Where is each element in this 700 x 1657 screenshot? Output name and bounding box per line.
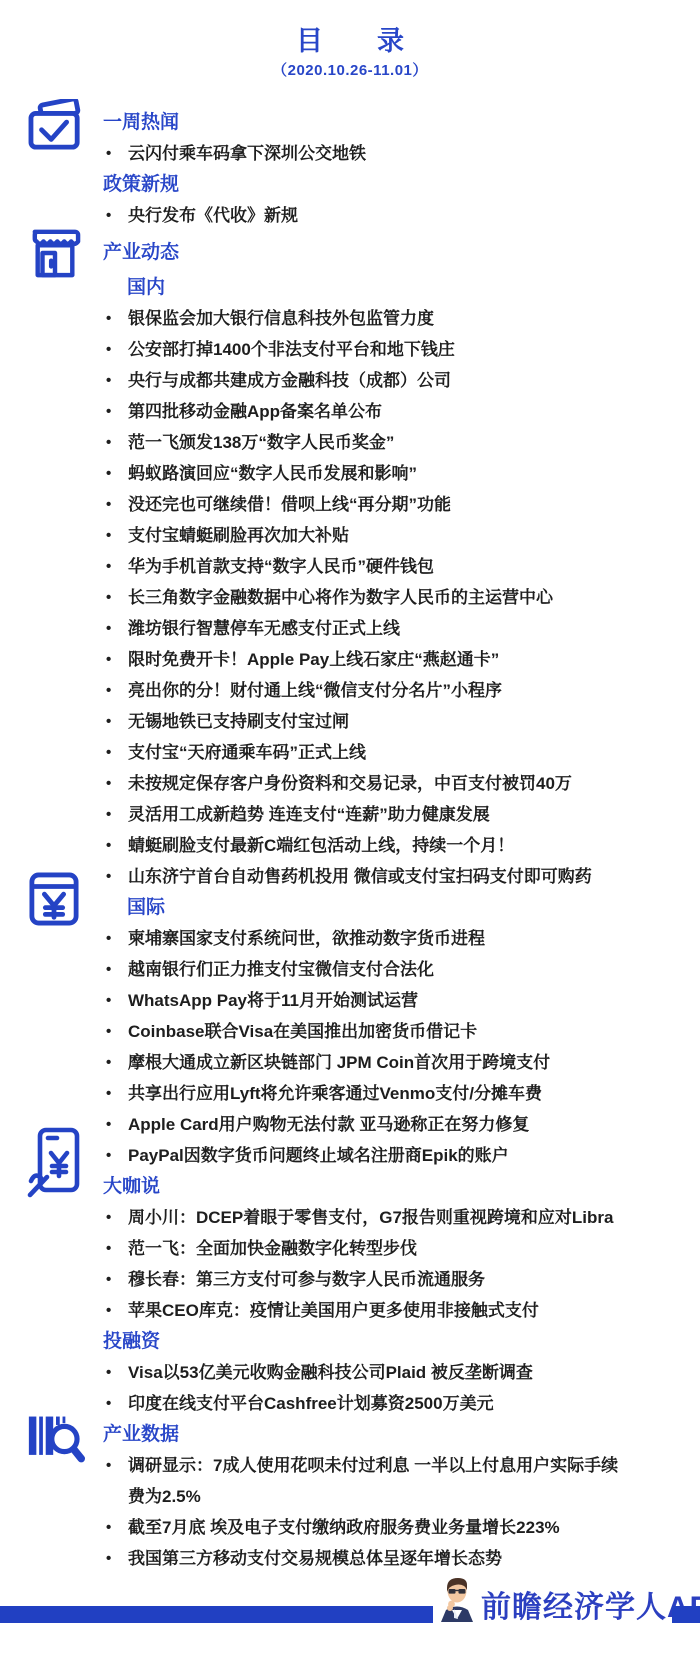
section-industry: 产业动态 国内 银保监会加大银行信息科技外包监管力度公安部打掉1400个非法支付…	[103, 237, 665, 1171]
section-weekly-hot: 一周热闻 云闪付乘车码拿下深圳公交地铁	[103, 107, 665, 169]
section-industry-data: 产业数据 调研显示：7成人使用花呗未付过利息 一半以上付息用户实际手续费为2.5…	[103, 1419, 665, 1574]
date-range: （2020.10.26-11.01）	[0, 61, 700, 81]
toc-item: 无锡地铁已支持刷支付宝过闸	[103, 706, 627, 737]
toc-item: 山东济宁首台自动售药机投用 微信或支付宝扫码支付即可购药	[103, 861, 627, 892]
section-investment: 投融资 Visa以53亿美元收购金融科技公司Plaid 被反垄断调查印度在线支付…	[103, 1326, 665, 1419]
barcode-magnifier-icon	[27, 1413, 87, 1465]
toc-item: 越南银行们正力推支付宝微信支付合法化	[103, 954, 627, 985]
heading-weekly-hot: 一周热闻	[103, 107, 665, 138]
toc-item: 穆长春：第三方支付可参与数字人民币流通服务	[103, 1264, 627, 1295]
subsection-international: 国际 柬埔寨国家支付系统问世，欲推动数字货币进程越南银行们正力推支付宝微信支付合…	[103, 892, 665, 1171]
toc-item: 亮出你的分！财付通上线“微信支付分名片”小程序	[103, 675, 627, 706]
speakers-list: 周小川：DCEP着眼于零售支付，G7报告则重视跨境和应对Libra范一飞：全面加…	[103, 1202, 627, 1326]
toc-item: PayPal因数字货币问题终止域名注册商Epik的账户	[103, 1140, 627, 1171]
footer-divider-bar-right	[672, 1606, 700, 1623]
international-list: 柬埔寨国家支付系统问世，欲推动数字货币进程越南银行们正力推支付宝微信支付合法化W…	[103, 923, 627, 1171]
page-title: 目 录	[0, 24, 700, 58]
domestic-list: 银保监会加大银行信息科技外包监管力度公安部打掉1400个非法支付平台和地下钱庄央…	[103, 303, 627, 892]
toc-item: 范一飞：全面加快金融数字化转型步伐	[103, 1233, 627, 1264]
toc-item: 银保监会加大银行信息科技外包监管力度	[103, 303, 627, 334]
toc-page: 目 录 （2020.10.26-11.01） 一周热闻 云闪付乘车码拿下深圳公交…	[0, 0, 700, 1657]
subsection-domestic: 国内 银保监会加大银行信息科技外包监管力度公安部打掉1400个非法支付平台和地下…	[103, 272, 665, 892]
toc-item: 第四批移动金融App备案名单公布	[103, 396, 627, 427]
toc-item: 柬埔寨国家支付系统问世，欲推动数字货币进程	[103, 923, 627, 954]
heading-speakers: 大咖说	[103, 1171, 665, 1202]
toc-item: 支付宝“天府通乘车码”正式上线	[103, 737, 627, 768]
phone-yen-hand-icon	[27, 1125, 87, 1199]
yen-card-icon	[29, 872, 89, 926]
toc-content: 一周热闻 云闪付乘车码拿下深圳公交地铁 政策新规 央行发布《代收》新规 产业动态	[103, 107, 665, 1574]
policy-list: 央行发布《代收》新规	[103, 200, 627, 231]
toc-item: 潍坊银行智慧停车无感支付正式上线	[103, 613, 627, 644]
heading-policy: 政策新规	[103, 169, 665, 200]
card-check-icon	[27, 99, 87, 151]
heading-investment: 投融资	[103, 1326, 665, 1357]
economist-mascot-avatar	[438, 1576, 476, 1627]
toc-item: 我国第三方移动支付交易规模总体呈逐年增长态势	[103, 1543, 627, 1574]
toc-item: 云闪付乘车码拿下深圳公交地铁	[103, 138, 627, 169]
heading-industry: 产业动态	[103, 237, 665, 268]
toc-item: 周小川：DCEP着眼于零售支付，G7报告则重视跨境和应对Libra	[103, 1202, 627, 1233]
toc-item: 共享出行应用Lyft将允许乘客通过Venmo支付/分摊车费	[103, 1078, 627, 1109]
section-policy: 政策新规 央行发布《代收》新规	[103, 169, 665, 231]
footer-logo: 前瞻经济学人APP	[438, 1583, 700, 1627]
footer-divider-bar-left	[0, 1606, 433, 1623]
toc-item: WhatsApp Pay将于11月开始测试运营	[103, 985, 627, 1016]
toc-item: Coinbase联合Visa在美国推出加密货币借记卡	[103, 1016, 627, 1047]
toc-item: 印度在线支付平台Cashfree计划募资2500万美元	[103, 1388, 627, 1419]
footer-logo-text: 前瞻经济学人APP	[481, 1589, 700, 1627]
heading-international: 国际	[127, 892, 665, 923]
toc-item: Apple Card用户购物无法付款 亚马逊称正在努力修复	[103, 1109, 627, 1140]
toc-item: Visa以53亿美元收购金融科技公司Plaid 被反垄断调查	[103, 1357, 627, 1388]
toc-item: 截至7月底 埃及电子支付缴纳政府服务费业务量增长223%	[103, 1512, 627, 1543]
toc-item: 调研显示：7成人使用花呗未付过利息 一半以上付息用户实际手续费为2.5%	[103, 1450, 627, 1512]
section-speakers: 大咖说 周小川：DCEP着眼于零售支付，G7报告则重视跨境和应对Libra范一飞…	[103, 1171, 665, 1326]
toc-item: 限时免费开卡！Apple Pay上线石家庄“燕赵通卡”	[103, 644, 627, 675]
toc-item: 灵活用工成新趋势 连连支付“连薪”助力健康发展	[103, 799, 627, 830]
investment-list: Visa以53亿美元收购金融科技公司Plaid 被反垄断调查印度在线支付平台Ca…	[103, 1357, 627, 1419]
toc-item: 华为手机首款支持“数字人民币”硬件钱包	[103, 551, 627, 582]
toc-item: 未按规定保存客户身份资料和交易记录，中百支付被罚40万	[103, 768, 627, 799]
toc-item: 支付宝蜻蜓刷脸再次加大补贴	[103, 520, 627, 551]
toc-item: 央行与成都共建成方金融科技（成都）公司	[103, 365, 627, 396]
toc-item: 苹果CEO库克：疫情让美国用户更多使用非接触式支付	[103, 1295, 627, 1326]
toc-item: 范一飞颁发138万“数字人民币奖金”	[103, 427, 627, 458]
toc-item: 央行发布《代收》新规	[103, 200, 627, 231]
toc-item: 蜻蜓刷脸支付最新C端红包活动上线，持续一个月！	[103, 830, 627, 861]
toc-item: 没还完也可继续借！借呗上线“再分期”功能	[103, 489, 627, 520]
heading-industry-data: 产业数据	[103, 1419, 665, 1450]
toc-item: 公安部打掉1400个非法支付平台和地下钱庄	[103, 334, 627, 365]
industry-data-list: 调研显示：7成人使用花呗未付过利息 一半以上付息用户实际手续费为2.5%截至7月…	[103, 1450, 627, 1574]
storefront-icon	[27, 228, 87, 278]
weekly-hot-list: 云闪付乘车码拿下深圳公交地铁	[103, 138, 627, 169]
toc-item: 长三角数字金融数据中心将作为数字人民币的主运营中心	[103, 582, 627, 613]
heading-domestic: 国内	[127, 272, 665, 303]
toc-item: 蚂蚁路演回应“数字人民币发展和影响”	[103, 458, 627, 489]
toc-item: 摩根大通成立新区块链部门 JPM Coin首次用于跨境支付	[103, 1047, 627, 1078]
